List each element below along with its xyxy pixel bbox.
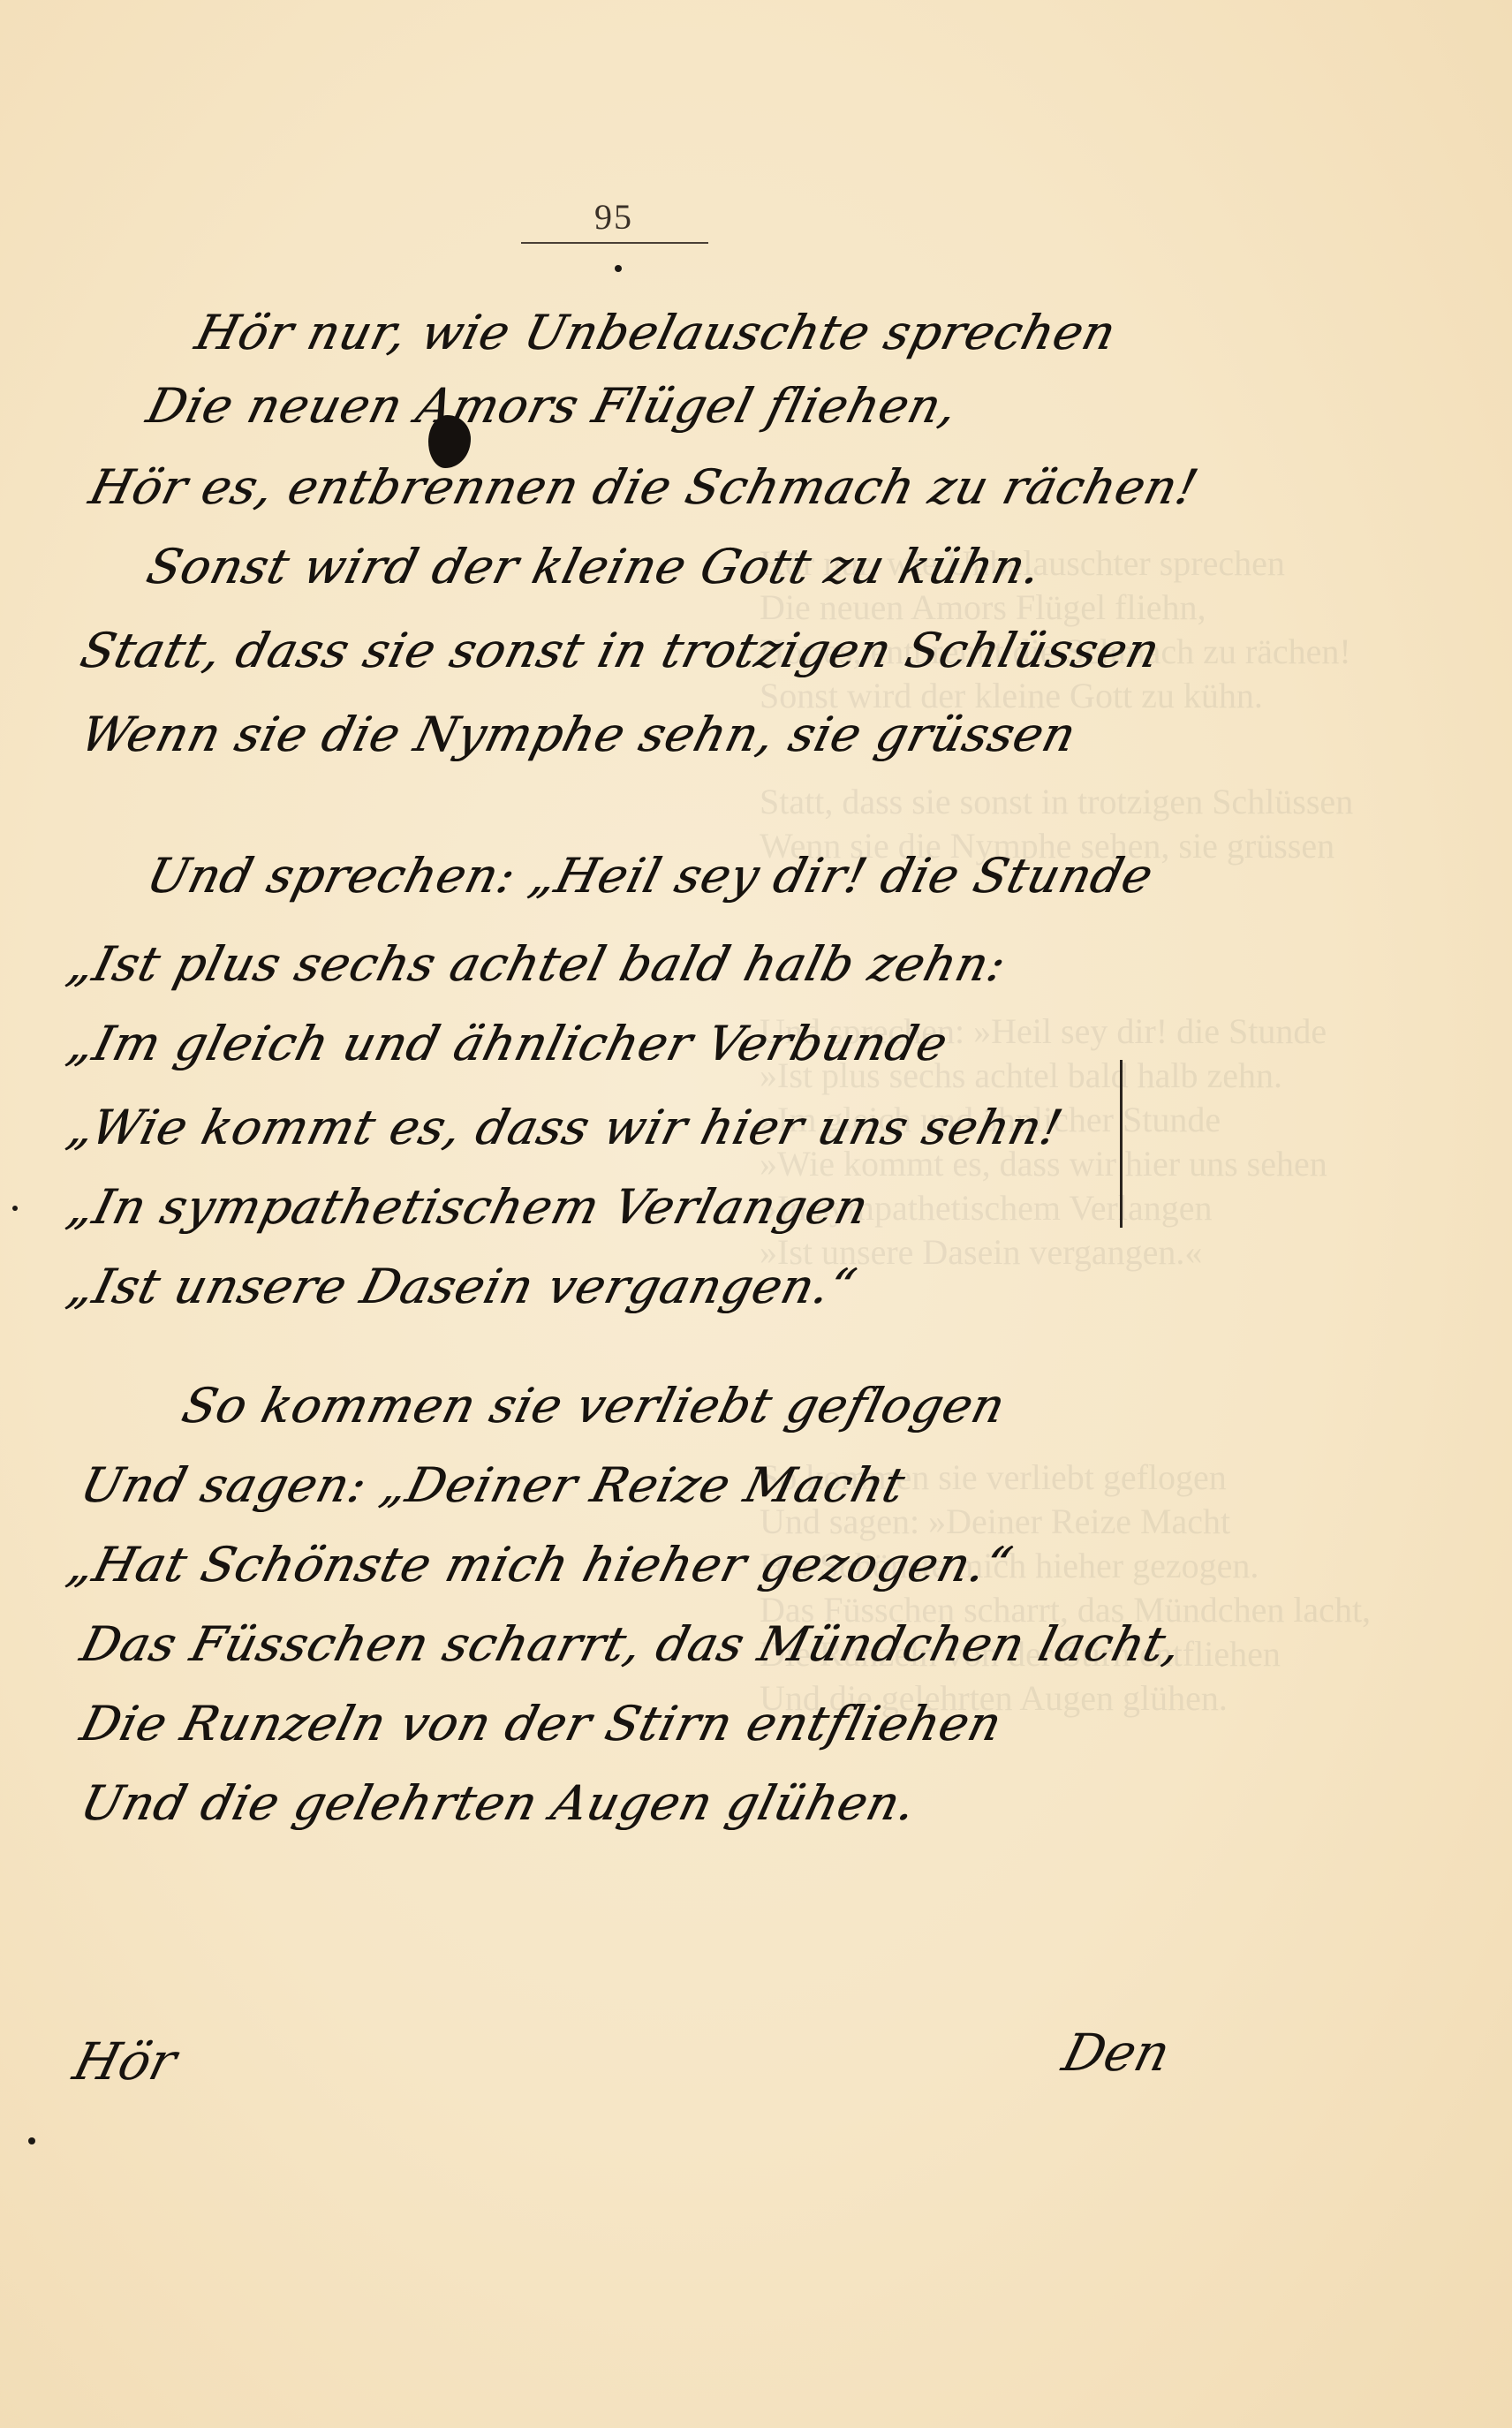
show-through-line: »Ist unsere Dasein vergangen.« — [760, 1232, 1484, 1273]
verse-line: Wenn sie die Nymphe sehn, sie grüssen — [75, 707, 1082, 762]
verse-line: Sonst wird der kleine Gott zu kühn. — [141, 539, 1047, 594]
show-through-line: Statt, dass sie sonst in trotzigen Schlü… — [760, 782, 1484, 822]
margin-bracket — [1120, 1060, 1123, 1228]
verse-line: Statt, dass sie sonst in trotzigen Schlü… — [75, 623, 1166, 678]
verse-line: Hör nur, wie Unbelauschte sprechen — [190, 305, 1122, 360]
catchword-left: Hör — [68, 2031, 183, 2091]
page-number: 95 — [521, 196, 707, 238]
verse-line: So kommen sie verliebt geflogen — [177, 1378, 1011, 1433]
verse-line: Die Runzeln von der Stirn entfliehen — [75, 1696, 1008, 1751]
verse-line: Und sprechen: „Heil sey dir! die Stunde — [141, 848, 1159, 904]
ink-speck — [615, 265, 622, 272]
verse-line: „Ist plus sechs achtel bald halb zehn: — [62, 936, 1012, 992]
manuscript-page: 95 Hör nur, wie Unbelauschter sprechen D… — [0, 0, 1512, 2428]
verse-line: „In sympathetischem Verlangen — [62, 1179, 874, 1235]
verse-line: Das Füsschen scharrt, das Mündchen lacht… — [75, 1616, 1188, 1672]
verse-line: „Hat Schönste mich hieher gezogen.“ — [62, 1537, 1018, 1592]
verse-line: Und sagen: „Deiner Reize Macht — [75, 1457, 911, 1513]
verse-line: Die neuen Amors Flügel fliehen, — [141, 378, 964, 434]
verse-line: Und die gelehrten Augen glühen. — [75, 1775, 922, 1831]
verse-line: „Wie kommt es, dass wir hier uns sehn! — [62, 1100, 1068, 1155]
verse-line: „Im gleich und ähnlicher Verbunde — [62, 1016, 954, 1071]
header-rule — [521, 242, 708, 244]
catchword-right: Den — [1057, 2023, 1176, 2083]
verse-line: „Ist unsere Dasein vergangen.“ — [62, 1259, 862, 1314]
verse-line: Hör es, entbrennen die Schmach zu rächen… — [84, 459, 1204, 515]
ink-speck — [28, 2137, 35, 2144]
ink-speck — [12, 1206, 18, 1211]
